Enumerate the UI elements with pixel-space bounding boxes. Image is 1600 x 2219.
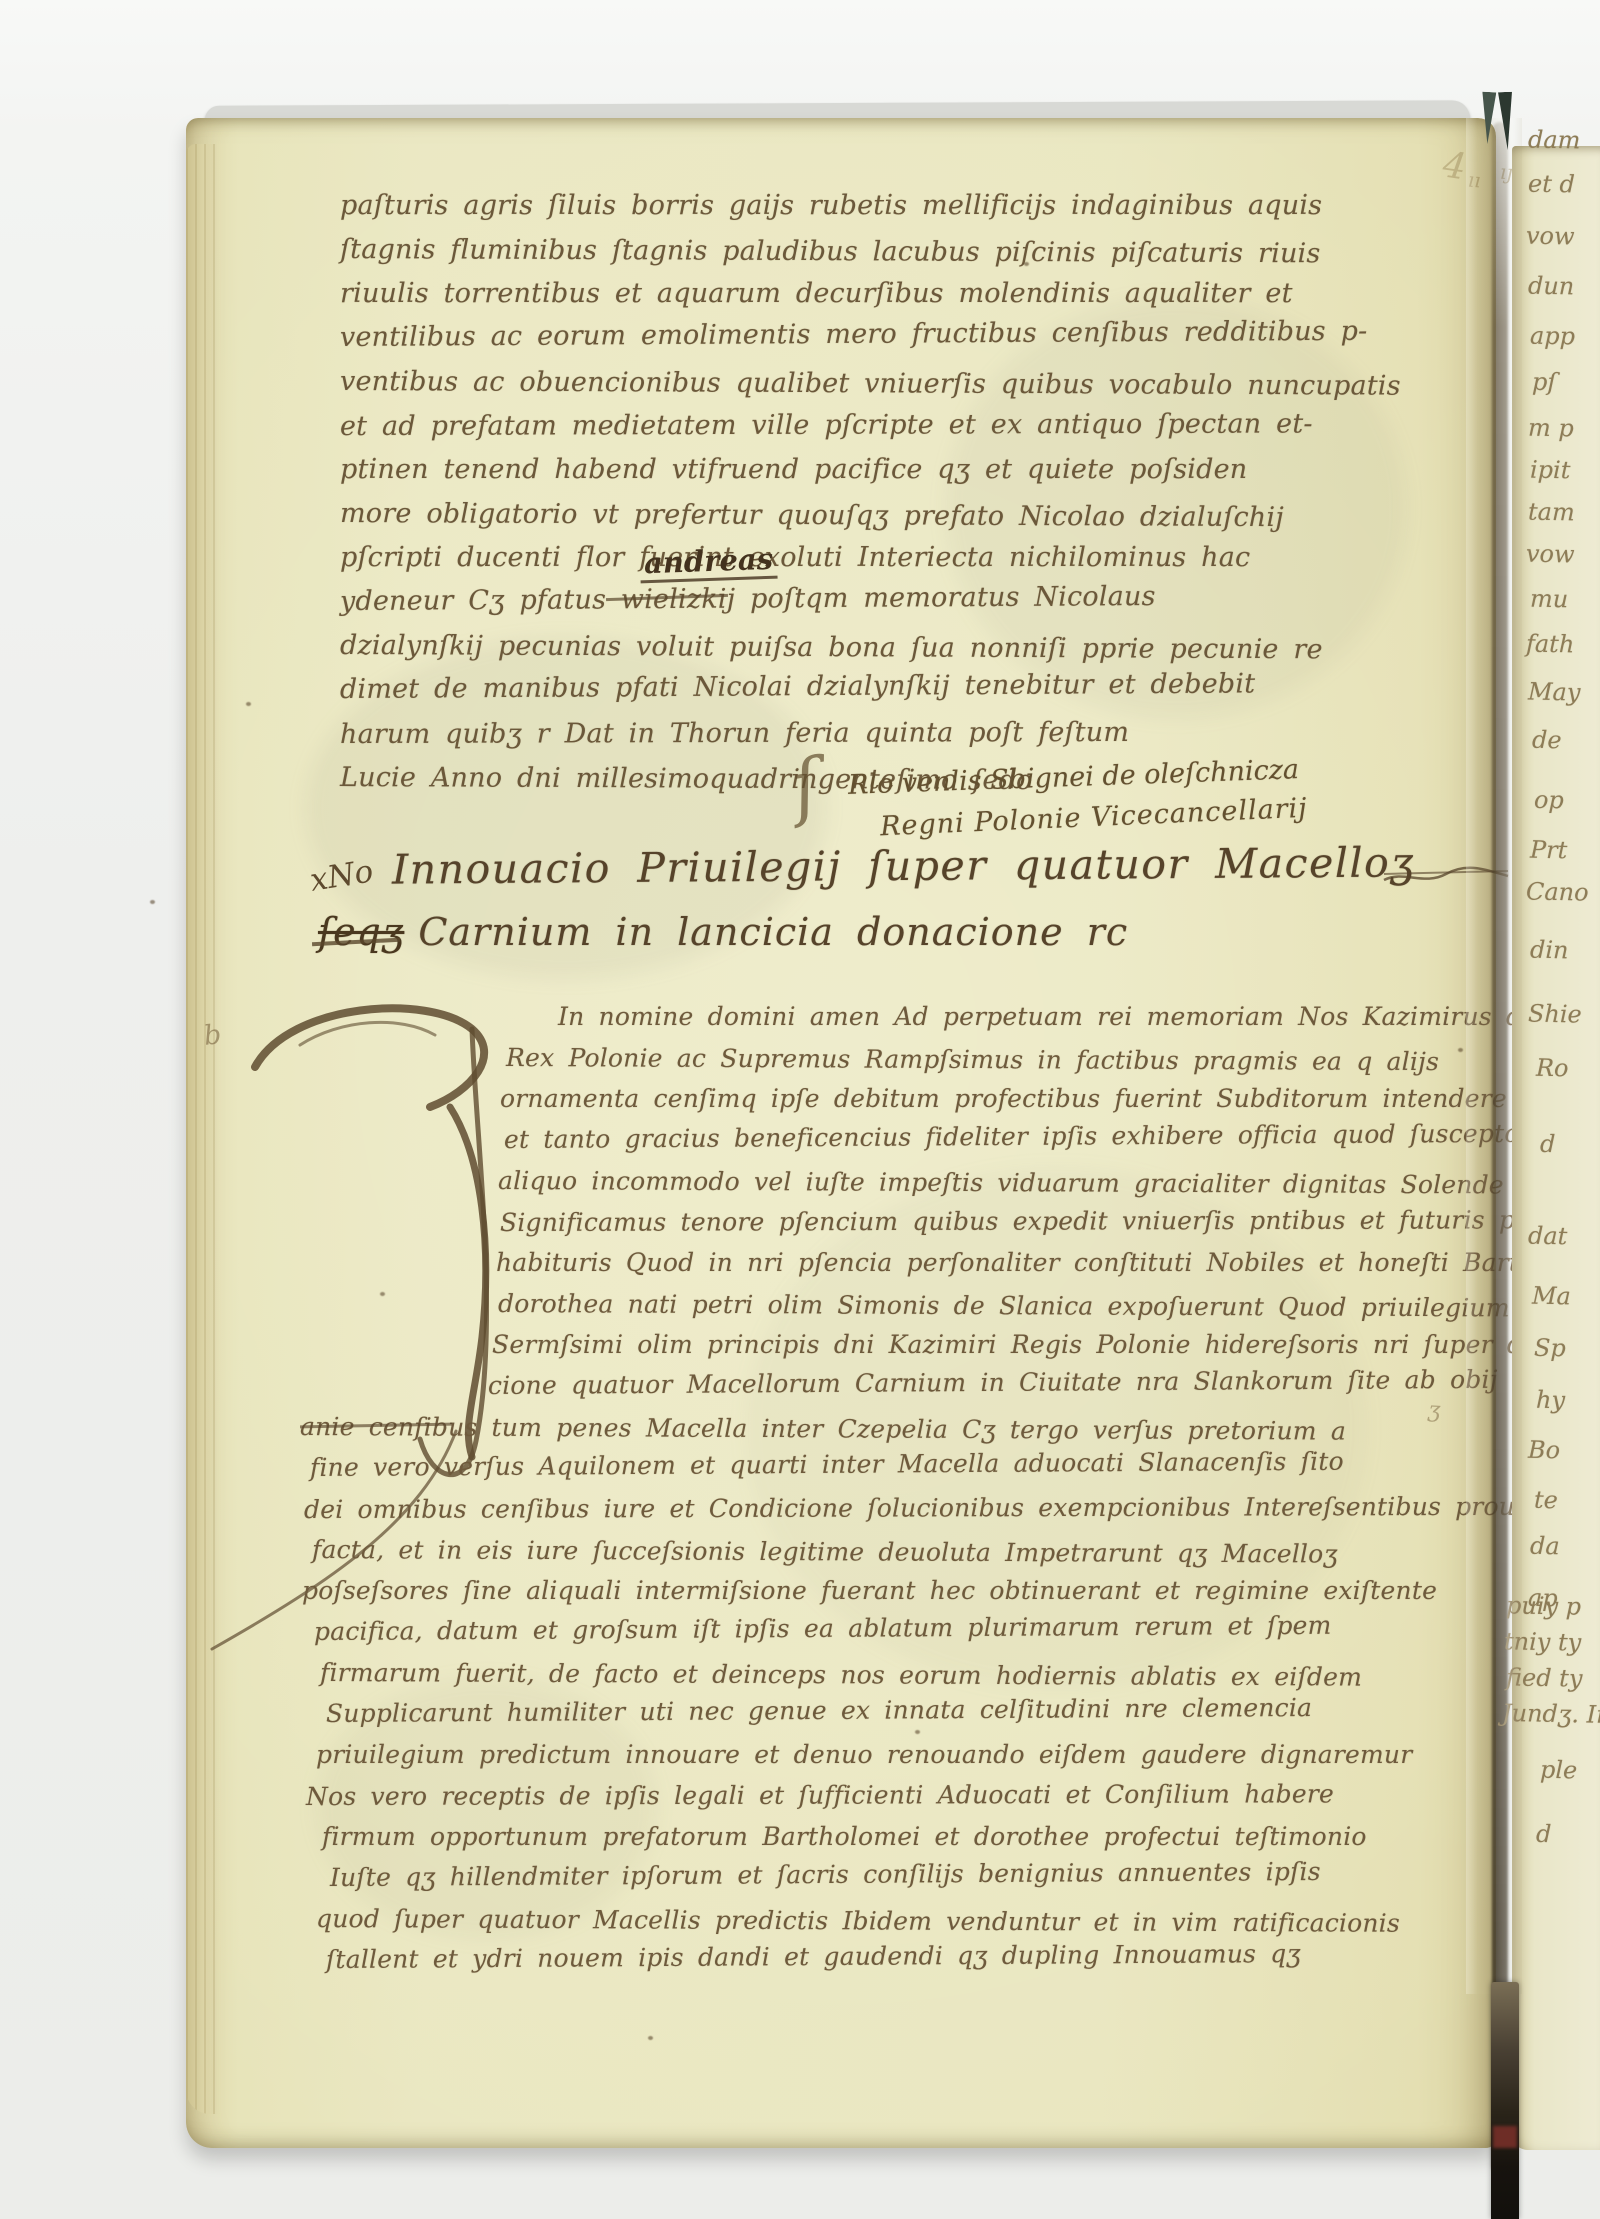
manuscript-line: paſturis agris ſiluis borris gaijs rubet… xyxy=(340,190,1480,234)
page-text-fragment: pſ xyxy=(1532,368,1557,396)
page-text-fragment: Ma xyxy=(1532,1282,1571,1311)
page-text-fragment: Shie xyxy=(1528,1000,1582,1029)
manuscript-line: pacifica, datum et groſsum iſt ipſis ea … xyxy=(314,1610,1490,1658)
heading-line-2-text: Carnium in lancicia donacione rc xyxy=(418,910,1128,954)
page-text-fragment: ple xyxy=(1540,1756,1578,1785)
interlinear-insertion: andreas xyxy=(639,542,777,584)
manuscript-line: habituris Quod in nri pſencia perſonalit… xyxy=(496,1248,1490,1289)
page-text-fragment: da xyxy=(1530,1532,1560,1561)
facing-page-sliver xyxy=(1512,146,1600,2150)
manuscript-line: ſtallent et ydri nouem ipis dandi et gau… xyxy=(326,1938,1490,1986)
page-text-fragment: op xyxy=(1534,786,1564,815)
heading-line-1: Innouacio Priuilegij ſuper quatuor Macel… xyxy=(392,838,1415,893)
glass-rod-red-band xyxy=(1493,2126,1517,2148)
ink-speck xyxy=(246,702,251,706)
top-text-block: paſturis agris ſiluis borris gaijs rubet… xyxy=(340,190,1480,806)
ink-speck xyxy=(648,2036,653,2040)
page-text-fragment: te xyxy=(1534,1486,1558,1514)
manuscript-line: ydeneur Cʒ pfatus wielizkij poſtqm memor… xyxy=(340,579,1480,630)
manuscript-line: Iuſte qʒ hillendmiter ipſorum et ſacris … xyxy=(330,1856,1490,1904)
page-text-fragment: fath xyxy=(1526,630,1575,659)
manuscript-line: priuilegium predictum innouare et denuo … xyxy=(316,1740,1490,1781)
page-text-fragment: dun xyxy=(1528,272,1575,301)
page-text-fragment: app xyxy=(1530,322,1576,351)
manuscript-line: dei omnibus cenſibus iure et Condicione … xyxy=(304,1492,1490,1536)
heading-line-2: ſeqʒCarnium in lancicia donacione rc xyxy=(318,910,1128,954)
ink-speck xyxy=(1024,262,1029,266)
folio-annotation: b xyxy=(202,1019,222,1052)
page-text-fragment: hy xyxy=(1536,1386,1565,1415)
ink-speck xyxy=(380,1292,385,1296)
glass-rod-body xyxy=(1466,118,1522,1994)
paragraph-block: In nomine domini amen Ad perpetuam rei m… xyxy=(300,1002,1490,1986)
ink-speck xyxy=(1458,1048,1463,1052)
page-text-fragment: vow xyxy=(1526,222,1575,251)
glass-rod-bottom xyxy=(1491,1982,1519,2219)
manuscript-line: et tanto gracius beneficencius fideliter… xyxy=(504,1119,1490,1166)
page-text-fragment: Ro xyxy=(1536,1054,1569,1083)
page-text-fragment: de xyxy=(1532,726,1562,755)
manuscript-line: Rex Polonie ac Supremus Rampſsimus in fa… xyxy=(506,1043,1490,1088)
manuscript-line: In nomine domini amen Ad perpetuam rei m… xyxy=(558,1002,1490,1043)
manuscript-line: ornamenta cenſimq ipſe debitum profectib… xyxy=(500,1084,1490,1125)
manuscript-line: Nos vero receptis de ipſis legali et ſuf… xyxy=(306,1779,1490,1823)
manuscript-line: Supplicarunt humiliter uti nec genue ex … xyxy=(326,1692,1490,1740)
page-text-fragment: d xyxy=(1540,1130,1556,1158)
manuscript-line: ptinen tenend habend vtifruend pacifice … xyxy=(340,454,1480,498)
page-text-fragment: dam xyxy=(1528,126,1581,155)
manuscript-line: et ad prefatam medietatem ville pſcripte… xyxy=(340,408,1480,455)
page-text-fragment: May xyxy=(1528,678,1581,707)
manuscript-line: harum quibʒ r Dat in Thorun feria quinta… xyxy=(340,716,1480,763)
page-text-fragment: m p xyxy=(1528,414,1574,443)
ink-speck xyxy=(150,900,155,904)
manuscript-line: aliquo incommodo vel iuſte impeſtis vidu… xyxy=(498,1166,1490,1211)
page-text-fragment: ipit xyxy=(1530,456,1571,485)
manuscript-line: ſtagnis fluminibus ſtagnis paludibus lac… xyxy=(340,234,1480,283)
ink-speck xyxy=(915,1730,920,1734)
page-text-fragment: Cano xyxy=(1526,877,1589,906)
manuscript-line: facta, et in eis iure ſucceſsionis legit… xyxy=(312,1535,1490,1581)
folio-annotation: ʒ xyxy=(1427,1398,1441,1424)
page-text-fragment: et d xyxy=(1528,170,1575,199)
struck-word: ſeqʒ xyxy=(318,910,404,954)
page-text-fragment: mu xyxy=(1530,585,1569,614)
page-text-fragment: Bo xyxy=(1528,1436,1561,1465)
page-text-fragment: dat xyxy=(1528,1222,1568,1251)
manuscript-line: ventilibus ac eorum emolimentis mero fru… xyxy=(340,315,1480,366)
page-text-fragment: vow xyxy=(1526,540,1575,569)
page-text-fragment: Prt xyxy=(1530,836,1568,865)
page-text-fragment: Sp xyxy=(1534,1334,1566,1363)
manuscript-line: dimet de manibus pfati Nicolai dzialynſk… xyxy=(340,667,1480,718)
page-text-fragment: d xyxy=(1536,1820,1552,1848)
manuscript-line: Significamus tenore pſencium quibus expe… xyxy=(500,1205,1490,1249)
page-text-fragment: tam xyxy=(1528,498,1575,527)
manuscript-line: dorothea nati petri olim Simonis de Slan… xyxy=(498,1289,1490,1334)
manuscript-line: more obligatorio vt prefertur quouſqʒ pr… xyxy=(340,498,1480,547)
manuscript-line: cione quatuor Macellorum Carnium in Ciui… xyxy=(488,1365,1490,1412)
page-text-fragment: din xyxy=(1530,936,1569,965)
manuscript-line: fine vero verſus Aquilonem et quarti int… xyxy=(310,1446,1490,1494)
